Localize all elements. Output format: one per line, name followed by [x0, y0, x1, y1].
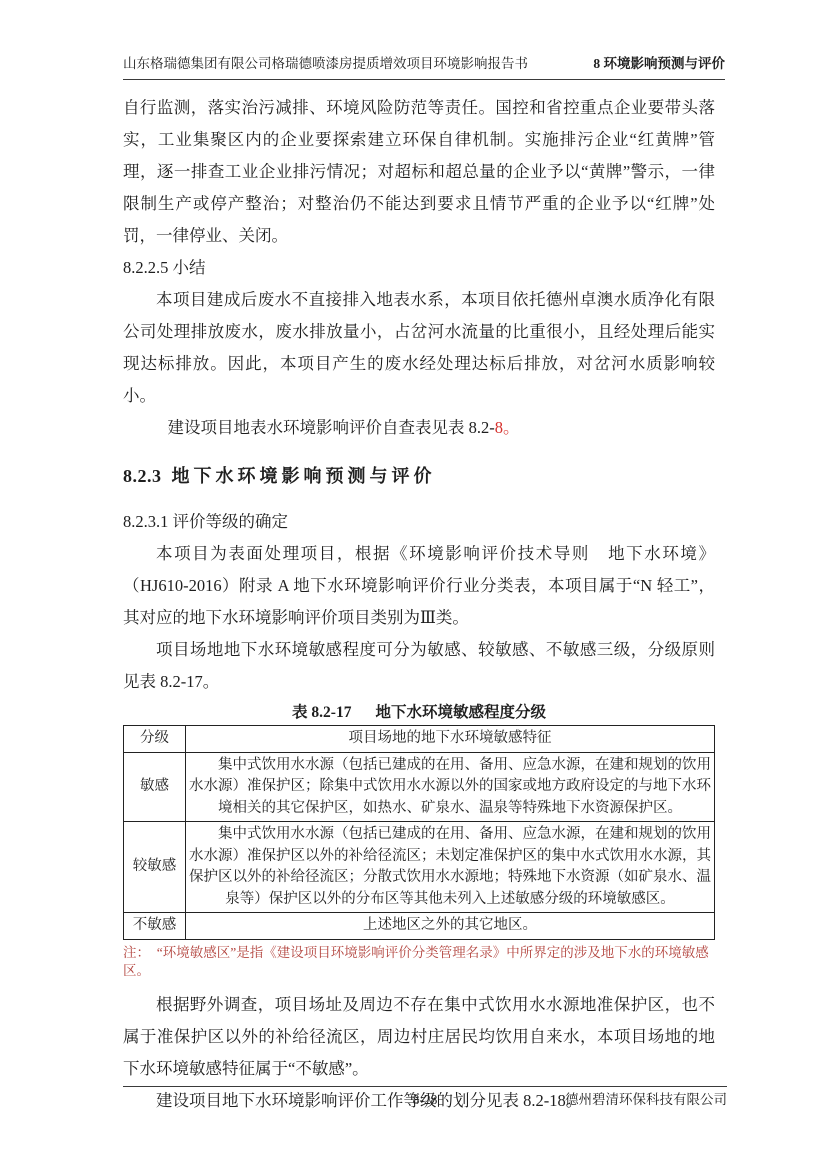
grade-cell: 较敏感	[124, 822, 186, 913]
table-caption: 表 8.2-17地下水环境敏感程度分级	[123, 702, 715, 723]
table-header-feature: 项目场地的地下水环境敏感特征	[186, 726, 715, 753]
heading-8-2-3-1: 8.2.3.1 评价等级的确定	[123, 506, 715, 538]
table-caption-title: 地下水环境敏感程度分级	[375, 704, 546, 721]
paragraph-summary: 本项目建成后废水不直接排入地表水系，本项目依托德州卓澳水质净化有限公司处理排放废…	[123, 284, 715, 412]
heading-8-2-2-5: 8.2.2.5 小结	[123, 252, 715, 284]
grade-cell: 敏感	[124, 752, 186, 822]
header-chapter-title: 8 环境影响预测与评价	[593, 55, 725, 73]
footer-company-name: 德州碧清环保科技有限公司	[565, 1091, 727, 1109]
heading-number: 8.2.3	[123, 466, 162, 486]
paragraph-field-survey: 根据野外调查，项目场址及周边不存在集中式饮用水水源地准保护区，也不属于准保护区以…	[123, 989, 715, 1085]
table-row-less-sensitive: 较敏感 集中式饮用水水源（包括已建成的在用、备用、应急水源，在建和规划的饮用水水…	[124, 822, 715, 913]
paragraph-continued: 自行监测，落实治污减排、环境风险防范等责任。国控和省控重点企业要带头落实，工业集…	[123, 92, 715, 252]
document-page: 山东格瑞德集团有限公司格瑞德喷漆房提质增效项目环境影响报告书 8 环境影响预测与…	[0, 0, 827, 1169]
table-ref-text: 建设项目地表水环境影响评价自查表见表 8.2-	[168, 418, 495, 437]
page-header: 山东格瑞德集团有限公司格瑞德喷漆房提质增效项目环境影响报告书 8 环境影响预测与…	[123, 55, 725, 80]
table-header-grade: 分级	[124, 726, 186, 753]
feature-cell: 集中式饮用水水源（包括已建成的在用、备用、应急水源，在建和规划的饮用水水源）准保…	[186, 752, 715, 822]
table-row-not-sensitive: 不敏感 上述地区之外的其它地区。	[124, 913, 715, 940]
header-report-title: 山东格瑞德集团有限公司格瑞德喷漆房提质增效项目环境影响报告书	[123, 55, 528, 73]
heading-8-2-3: 8.2.3地下水环境影响预测与评价	[123, 459, 715, 493]
heading-title: 地下水环境影响预测与评价	[172, 466, 436, 486]
grade-cell: 不敏感	[124, 913, 186, 940]
groundwater-sensitivity-table: 分级 项目场地的地下水环境敏感特征 敏感 集中式饮用水水源（包括已建成的在用、备…	[123, 725, 715, 940]
table-ref-red-number: 8。	[495, 418, 520, 437]
table-header-row: 分级 项目场地的地下水环境敏感特征	[124, 726, 715, 753]
paragraph-grade-basis: 本项目为表面处理项目，根据《环境影响评价技术导则 地下水环境》（HJ610-20…	[123, 538, 715, 634]
feature-cell: 上述地区之外的其它地区。	[186, 913, 715, 940]
paragraph-sensitivity-levels: 项目场地地下水环境敏感程度可分为敏感、较敏感、不敏感三级，分级原则见表 8.2-…	[123, 634, 715, 698]
header-rule	[123, 79, 725, 80]
feature-cell: 集中式饮用水水源（包括已建成的在用、备用、应急水源，在建和规划的饮用水水源）准保…	[186, 822, 715, 913]
table-note: 注： “环境敏感区”是指《建设项目环境影响评价分类管理名录》中所界定的涉及地下水…	[123, 944, 715, 980]
document-content: 自行监测，落实治污减排、环境风险防范等责任。国控和省控重点企业要带头落实，工业集…	[123, 92, 715, 1117]
footer-rule	[123, 1086, 727, 1087]
table-row-sensitive: 敏感 集中式饮用水水源（包括已建成的在用、备用、应急水源，在建和规划的饮用水水源…	[124, 752, 715, 822]
table-caption-label: 表 8.2-17	[292, 704, 351, 721]
paragraph-table-ref-8-2-8: 建设项目地表水环境影响评价自查表见表 8.2-8。	[123, 412, 715, 444]
page-footer: 8-28 德州碧清环保科技有限公司	[123, 1086, 727, 1111]
